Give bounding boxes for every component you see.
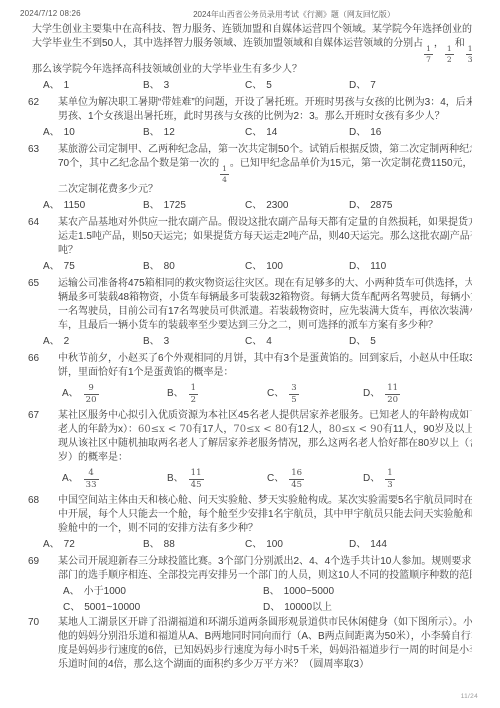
question-65: 65运输公司准备将475箱相同的救灾物资运往灾区。现在有足够多的大、小两种货车可… (28, 277, 472, 349)
option-value: 10 (64, 126, 75, 140)
fraction: 920 (84, 384, 99, 404)
fraction: 17 (424, 45, 433, 63)
option-B: B、12 (167, 384, 267, 404)
question-62: 62某单位为解决职工暑期“带娃难”的问题，开设了暑托班。开班时男孩与女孩的比例为… (28, 96, 472, 140)
option-value: 72 (64, 538, 75, 552)
fraction: 35 (289, 384, 298, 404)
option-value: 1120 (384, 384, 401, 404)
option-B: B、12 (143, 126, 245, 140)
option-value: 35 (288, 384, 299, 404)
option-D: D、110 (349, 260, 472, 274)
option-value: 5 (370, 335, 376, 349)
options-row: A、1150B、1725C、2300D、2875 (43, 199, 472, 213)
question-text-line: 中秋节前夕，小赵买了6个外观相同的月饼，其中有3个是蛋黄馅的。回到家后，小赵从中… (58, 352, 472, 366)
question-text-line: 一名驾驶员，目前公司有17名驾驶员可供派遣。若装载物资时，应先装满大货车，再依次… (58, 305, 472, 319)
question-number: 65 (28, 277, 54, 291)
option-label: D、 (349, 260, 366, 274)
option-label: B、 (263, 585, 280, 599)
options-row: A、1B、3C、5D、7 (43, 79, 472, 93)
option-label: B、 (167, 387, 184, 401)
question-number: 67 (28, 409, 54, 423)
option-label: A、 (63, 585, 80, 599)
option-label: B、 (143, 335, 160, 349)
question-text-line: 乐道时间的4倍，那么这个湖面的面积约多少万平方米？（圆周率取3） (58, 658, 472, 672)
option-label: C、 (63, 601, 80, 615)
math-expression: 80≤x < 90 (329, 424, 383, 435)
fraction: 13 (466, 45, 472, 63)
option-A: A、1 (43, 79, 143, 93)
option-value: 12 (188, 384, 199, 404)
option-value: 88 (164, 538, 175, 552)
question-text-line: 他的妈妈分别沿乐道和福道从A、B两地同时同向而行（A、B两点间距离为50米），小… (58, 630, 472, 644)
question-text-line: 某单位为解决职工暑期“带娃难”的问题，开设了暑托班。开班时男孩与女孩的比例为3：… (58, 96, 472, 110)
option-value: 2 (64, 335, 70, 349)
options-row: A、433B、1145C、1645D、13 (62, 468, 472, 490)
question-number: 69 (28, 555, 54, 569)
option-D: D、16 (349, 126, 472, 140)
option-label: C、 (245, 260, 262, 274)
option-A: A、75 (43, 260, 143, 274)
options-row: A、75B、80C、100D、110 (43, 260, 472, 274)
question-text-line: 大学毕业生不到50人，其中选择智力服务领域、连锁加盟领域和自媒体运营领域的分别占… (32, 37, 472, 63)
option-value: 1145 (188, 469, 205, 489)
option-value: 100 (266, 260, 283, 274)
question-number: 70 (28, 616, 54, 630)
option-label: A、 (43, 335, 60, 349)
question-text-line: 某旅游公司定制甲、乙两种纪念品，第一次共定制50个。试销后根据反馈，第二次定制两… (58, 143, 472, 157)
option-D: D、10000以上 (263, 601, 472, 615)
question-text-line: 现从该社区中随机抽取两名老人了解居家养老服务情况，那么这两名老人恰好都在80岁以… (58, 437, 472, 451)
fraction: 433 (84, 469, 99, 489)
question-text-line: 吨？ (58, 244, 472, 258)
fraction: 1645 (289, 469, 304, 489)
fraction: 13 (385, 469, 394, 489)
option-value: 144 (370, 538, 387, 552)
option-B: B、3 (143, 79, 245, 93)
option-label: A、 (43, 126, 60, 140)
option-D: D、2875 (349, 199, 472, 213)
option-label: C、 (245, 126, 262, 140)
options-row: A、小于1000B、1000~5000 (63, 585, 472, 599)
options-row: A、920B、12C、35D、1120 (62, 383, 472, 405)
question-text-line: 饼，里面恰好有1个是蛋黄馅的概率是： (58, 366, 472, 380)
question-text-line: 中国空间站主体由天和核心舱、问天实验舱、梦天实验舱构成。某次实验需要5名宇航员同… (58, 494, 472, 508)
option-label: B、 (167, 472, 184, 486)
option-label: D、 (349, 126, 366, 140)
fraction: 12 (189, 384, 198, 404)
option-C: C、14 (245, 126, 349, 140)
option-value: 110 (370, 260, 386, 274)
options-row: A、72B、88C、100D、144 (43, 538, 472, 552)
page-header: 2024/7/12 08:26 2024年山西省公务员录用考试《行测》题（网友回… (0, 9, 500, 21)
option-value: 433 (83, 469, 100, 489)
question-number: 66 (28, 352, 54, 366)
option-D: D、1120 (363, 384, 472, 404)
option-value: 3 (164, 79, 170, 93)
question-text-line: 某农产品基地对外供应一批农副产品。假设这批农副产品每天都有定量的自然损耗，如果提… (58, 216, 472, 230)
fraction: 14 (220, 165, 229, 183)
option-A: A、小于1000 (63, 585, 263, 599)
option-A: A、433 (62, 469, 167, 489)
option-label: A、 (43, 538, 60, 552)
page-number: 11/24 (461, 693, 478, 700)
option-C: C、1645 (267, 469, 363, 489)
option-B: B、1000~5000 (263, 585, 472, 599)
option-value: 5001~10000 (84, 601, 140, 615)
question-text-line: 某公司开展迎新春三分球投篮比赛。3个部门分别派出2、4、4个选手共计10人参加。… (58, 555, 472, 569)
question-number: 62 (28, 96, 54, 110)
question-text-line: 岁）的概率是： (58, 451, 472, 465)
option-value: 小于1000 (84, 585, 126, 599)
option-value: 12 (164, 126, 175, 140)
options-row: C、5001~10000D、10000以上 (63, 601, 472, 615)
option-value: 10000以上 (284, 601, 332, 615)
question-text-line: 男孩、1个女孩退出暑托班，此时男孩与女孩的比例为2：3。那么开班时女孩有多少人？ (58, 110, 472, 124)
option-value: 1000~5000 (284, 585, 334, 599)
question-text-line: 运输公司准备将475箱相同的救灾物资运往灾区。现在有足够多的大、小两种货车可供选… (58, 277, 472, 291)
option-A: A、1150 (43, 199, 143, 213)
option-A: A、920 (62, 384, 167, 404)
option-label: B、 (143, 260, 160, 274)
option-C: C、35 (267, 384, 363, 404)
document-page: 2024/7/12 08:26 2024年山西省公务员录用考试《行测》题（网友回… (0, 0, 500, 708)
question-number: 63 (28, 143, 54, 157)
option-label: C、 (245, 538, 262, 552)
question-text-line: 验舱中的一个，则不同的安排方法有多少种？ (58, 522, 472, 536)
option-value: 5 (266, 79, 272, 93)
question-text-line: 辆最多可装载48箱物资，小货车每辆最多可装载32箱物资。每辆大货车配两名驾驶员，… (58, 291, 472, 305)
option-value: 1 (64, 79, 70, 93)
option-C: C、4 (245, 335, 349, 349)
option-value: 75 (64, 260, 75, 274)
option-D: D、5 (349, 335, 472, 349)
option-B: B、80 (143, 260, 245, 274)
option-value: 1150 (64, 199, 86, 213)
questions-list: 大学生创业主要集中在高科技、智力服务、连锁加盟和自媒体运营四个领域。某学院今年选… (28, 23, 472, 672)
option-label: A、 (62, 472, 79, 486)
fraction: 1120 (385, 384, 400, 404)
question-70: 70某地人工湖景区开辟了沿湖福道和环湖乐道两条圆形观景道供市民休闲健身（如下图所… (28, 616, 472, 672)
option-B: B、1725 (143, 199, 245, 213)
question-68: 68中国空间站主体由天和核心舱、问天实验舱、梦天实验舱构成。某次实验需要5名宇航… (28, 494, 472, 552)
option-C: C、100 (245, 260, 349, 274)
option-D: D、7 (349, 79, 472, 93)
option-C: C、100 (245, 538, 349, 552)
option-label: C、 (245, 79, 262, 93)
option-label: D、 (363, 472, 380, 486)
header-timestamp: 2024/7/12 08:26 (20, 9, 81, 18)
question-text-line: 度是妈妈步行速度的6倍，已知妈妈步行速度为每小时5千米，妈妈沿福道步行一周的时间… (58, 644, 472, 658)
question-67: 67某社区服务中心拟引入优质资源为本社区45名老人提供居家养老服务。已知老人的年… (28, 409, 472, 490)
option-value: 4 (266, 335, 272, 349)
question-63: 63某旅游公司定制甲、乙两种纪念品，第一次共定制50个。试销后根据反馈，第二次定… (28, 143, 472, 213)
question-text-line: 大学生创业主要集中在高科技、智力服务、连锁加盟和自媒体运营四个领域。某学院今年选… (32, 23, 472, 37)
question-69: 69某公司开展迎新春三分球投篮比赛。3个部门分别派出2、4、4个选手共计10人参… (28, 555, 472, 615)
option-B: B、88 (143, 538, 245, 552)
option-value: 3 (164, 335, 170, 349)
math-expression: 60≤x < 70 (138, 424, 192, 435)
question-continuation: 大学生创业主要集中在高科技、智力服务、连锁加盟和自媒体运营四个领域。某学院今年选… (28, 23, 472, 93)
option-A: A、2 (43, 335, 143, 349)
question-text-line: 车，且最后一辆小货车的装载率至少要达到三分之二，则可选择的派车方案有多少种？ (58, 319, 472, 333)
option-label: A、 (43, 79, 60, 93)
question-text-line: 70个，其中乙纪念品个数是第一次的14。已知甲纪念品单价为15元，第一次定制花费… (58, 157, 472, 183)
option-label: B、 (143, 79, 160, 93)
option-label: B、 (143, 199, 160, 213)
option-value: 920 (83, 384, 100, 404)
option-value: 16 (370, 126, 381, 140)
option-label: C、 (267, 472, 284, 486)
option-label: C、 (267, 387, 284, 401)
question-64: 64某农产品基地对外供应一批农副产品。假设这批农副产品每天都有定量的自然损耗，如… (28, 216, 472, 274)
option-C: C、2300 (245, 199, 349, 213)
option-value: 1645 (288, 469, 305, 489)
fraction: 1145 (189, 469, 204, 489)
option-C: C、5001~10000 (63, 601, 263, 615)
option-label: D、 (349, 199, 366, 213)
option-value: 13 (384, 469, 395, 489)
question-text-line: 老人的年龄为x）：60≤x < 70有17人，70≤x < 80有12人，80≤… (58, 423, 472, 437)
option-D: D、144 (349, 538, 472, 552)
option-value: 1725 (164, 199, 186, 213)
option-D: D、13 (363, 469, 472, 489)
option-label: D、 (363, 387, 380, 401)
question-text-line: 某社区服务中心拟引入优质资源为本社区45名老人提供居家养老服务。已知老人的年龄构… (58, 409, 472, 423)
math-expression: 70≤x < 80 (233, 424, 287, 435)
option-label: A、 (62, 387, 79, 401)
option-label: D、 (349, 79, 366, 93)
option-label: A、 (43, 260, 60, 274)
option-value: 2300 (266, 199, 288, 213)
option-label: B、 (143, 538, 160, 552)
option-label: D、 (349, 335, 366, 349)
question-number: 64 (28, 216, 54, 230)
question-text-line: 那么该学院今年选择高科技领域创业的大学毕业生有多少人？ (32, 63, 472, 77)
option-label: B、 (143, 126, 160, 140)
option-C: C、5 (245, 79, 349, 93)
options-row: A、10B、12C、14D、16 (43, 126, 472, 140)
question-text-line: 中开展，每个人只能去一个舱，每个舱至少安排1名宇航员，其中甲宇航员只能去问天实验… (58, 508, 472, 522)
options-row: A、2B、3C、4D、5 (43, 335, 472, 349)
question-text-line: 部门的选手顺序相连、全部投完再安排另一个部门的人员，则这10人不同的投篮顺序种数… (58, 569, 472, 583)
option-A: A、10 (43, 126, 143, 140)
option-B: B、3 (143, 335, 245, 349)
option-value: 7 (370, 79, 376, 93)
option-value: 80 (164, 260, 175, 274)
option-value: 2875 (370, 199, 392, 213)
option-value: 100 (266, 538, 283, 552)
option-label: A、 (43, 199, 60, 213)
question-number: 68 (28, 494, 54, 508)
option-label: C、 (245, 199, 262, 213)
option-A: A、72 (43, 538, 143, 552)
fraction: 12 (445, 45, 454, 63)
question-66: 66中秋节前夕，小赵买了6个外观相同的月饼，其中有3个是蛋黄馅的。回到家后，小赵… (28, 352, 472, 405)
question-text-line: 运走1.5吨产品，则50天运完；如果提货方每天运走2吨产品，则40天运完。那么这… (58, 230, 472, 244)
option-B: B、1145 (167, 469, 267, 489)
option-value: 14 (266, 126, 277, 140)
option-label: D、 (263, 601, 280, 615)
question-text-line: 二次定制花费多少元？ (58, 183, 472, 197)
question-text-line: 某地人工湖景区开辟了沿湖福道和环湖乐道两条圆形观景道供市民休闲健身（如下图所示）… (58, 616, 472, 630)
option-label: D、 (349, 538, 366, 552)
option-label: C、 (245, 335, 262, 349)
